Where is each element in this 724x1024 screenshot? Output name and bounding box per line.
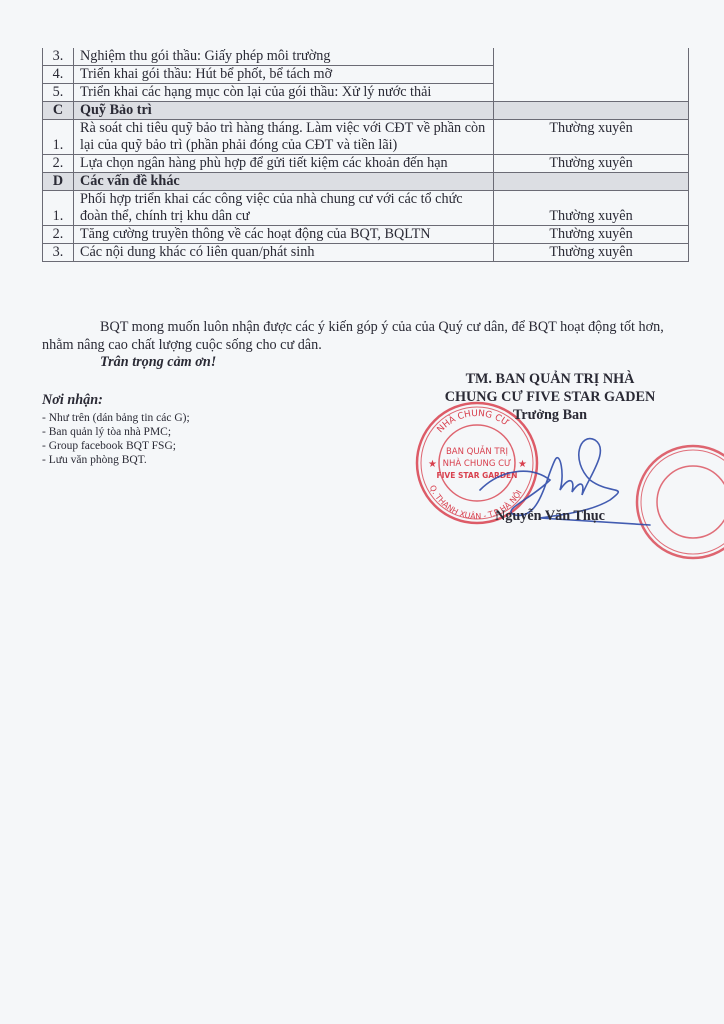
table-row: 2.Lựa chọn ngân hàng phù hợp để gửi tiết… xyxy=(43,155,689,173)
recipient-item: - Group facebook BQT FSG; xyxy=(42,439,190,453)
closing-text: BQT mong muốn luôn nhận được các ý kiến … xyxy=(42,319,664,353)
row-frequency xyxy=(494,48,689,102)
row-content: Các nội dung khác có liên quan/phát sinh xyxy=(74,244,494,262)
row-frequency xyxy=(494,102,689,120)
row-number: C xyxy=(43,102,74,120)
recipients-block: Nơi nhận: - Như trên (dán bảng tin các G… xyxy=(42,392,190,467)
recipients-heading: Nơi nhận: xyxy=(42,392,190,409)
org-line-1: TM. BAN QUẢN TRỊ NHÀ xyxy=(400,370,700,388)
row-frequency xyxy=(494,173,689,191)
row-content: Quỹ Bảo trì xyxy=(74,102,494,120)
closing-paragraph: BQT mong muốn luôn nhận được các ý kiến … xyxy=(42,318,682,354)
recipient-item: - Như trên (dán bảng tin các G); xyxy=(42,411,190,425)
work-plan-table: 3.Nghiệm thu gói thầu: Giấy phép môi trư… xyxy=(42,48,689,262)
row-number: 3. xyxy=(43,48,74,66)
row-frequency: Thường xuyên xyxy=(494,226,689,244)
row-number: 4. xyxy=(43,66,74,84)
thanks-line: Trân trọng cảm ơn! xyxy=(100,354,216,371)
document-page: 3.Nghiệm thu gói thầu: Giấy phép môi trư… xyxy=(0,0,724,1024)
row-content: Tăng cường truyền thông về các hoạt động… xyxy=(74,226,494,244)
row-content: Rà soát chi tiêu quỹ bảo trì hàng tháng.… xyxy=(74,120,494,155)
row-number: 3. xyxy=(43,244,74,262)
section-row: CQuỹ Bảo trì xyxy=(43,102,689,120)
row-content: Lựa chọn ngân hàng phù hợp để gửi tiết k… xyxy=(74,155,494,173)
row-content: Nghiệm thu gói thầu: Giấy phép môi trườn… xyxy=(74,48,494,66)
row-number: D xyxy=(43,173,74,191)
recipient-item: - Lưu văn phòng BQT. xyxy=(42,453,190,467)
row-number: 1. xyxy=(43,120,74,155)
row-number: 1. xyxy=(43,191,74,226)
section-row: DCác vấn đề khác xyxy=(43,173,689,191)
table-row: 3.Các nội dung khác có liên quan/phát si… xyxy=(43,244,689,262)
row-number: 2. xyxy=(43,155,74,173)
signer-name: Nguyễn Văn Thục xyxy=(400,508,700,525)
org-line-2: CHUNG CƯ FIVE STAR GADEN xyxy=(400,388,700,406)
row-number: 5. xyxy=(43,84,74,102)
row-frequency: Thường xuyên xyxy=(494,191,689,226)
row-content: Phối hợp triển khai các công việc của nh… xyxy=(74,191,494,226)
row-content: Triển khai các hạng mục còn lại của gói … xyxy=(74,84,494,102)
signature-block: TM. BAN QUẢN TRỊ NHÀ CHUNG CƯ FIVE STAR … xyxy=(400,370,700,424)
row-frequency: Thường xuyên xyxy=(494,120,689,155)
row-content: Các vấn đề khác xyxy=(74,173,494,191)
table-row: 3.Nghiệm thu gói thầu: Giấy phép môi trư… xyxy=(43,48,689,66)
row-frequency: Thường xuyên xyxy=(494,244,689,262)
row-frequency: Thường xuyên xyxy=(494,155,689,173)
svg-text:★: ★ xyxy=(428,459,437,470)
table-row: 2.Tăng cường truyền thông về các hoạt độ… xyxy=(43,226,689,244)
row-content: Triển khai gói thầu: Hút bể phốt, bể tác… xyxy=(74,66,494,84)
row-number: 2. xyxy=(43,226,74,244)
recipient-item: - Ban quản lý tòa nhà PMC; xyxy=(42,425,190,439)
table-row: 1.Rà soát chi tiêu quỹ bảo trì hàng thán… xyxy=(43,120,689,155)
table-row: 1.Phối hợp triển khai các công việc của … xyxy=(43,191,689,226)
